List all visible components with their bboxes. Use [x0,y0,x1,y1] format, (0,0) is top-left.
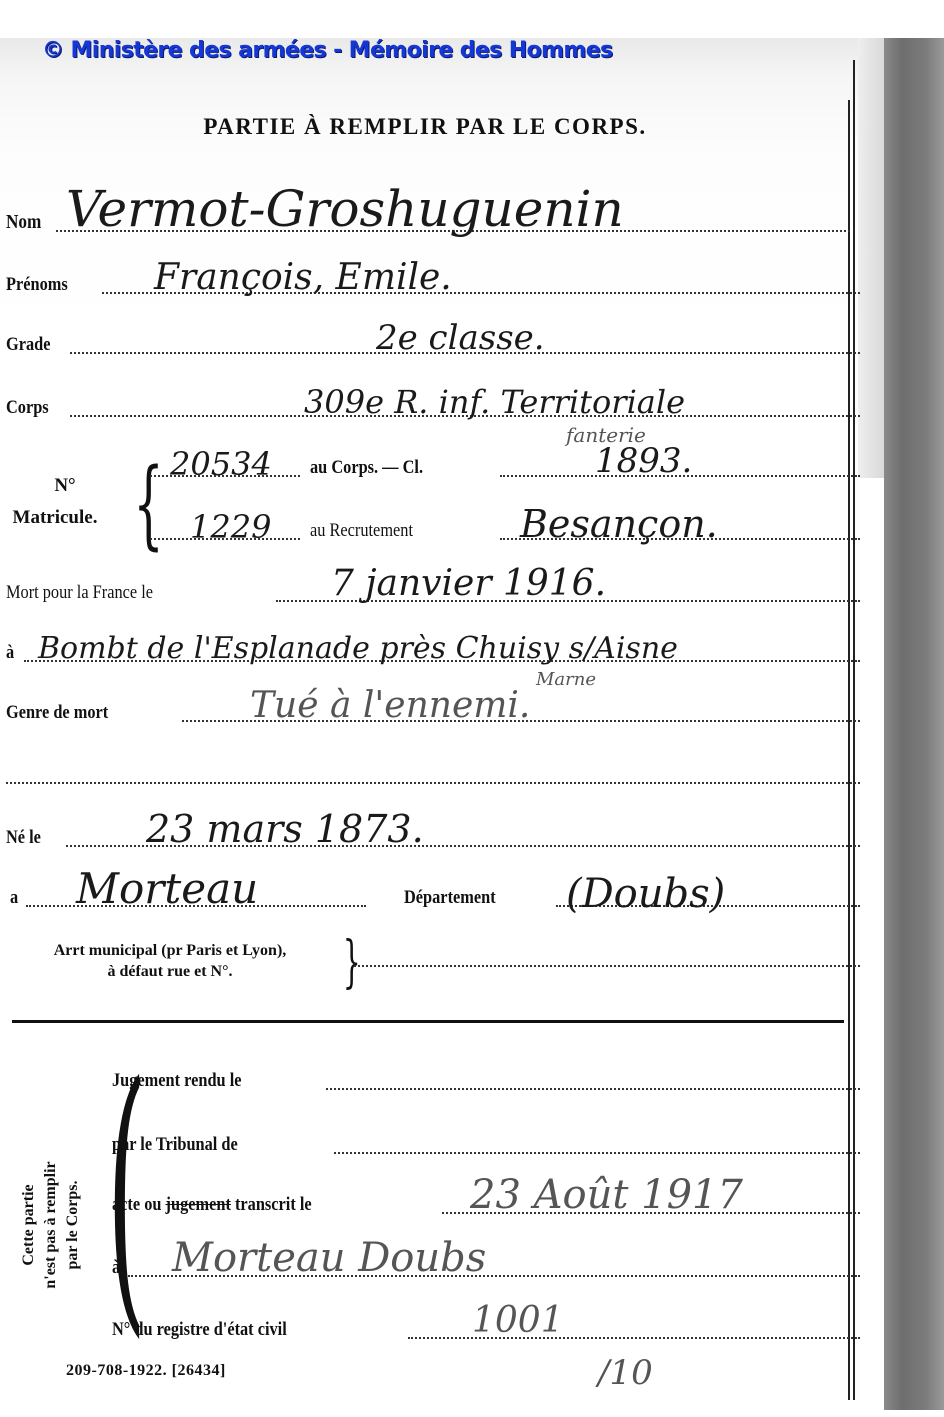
grade-label: Grade [6,334,50,356]
field-tribunal: par le Tribunal de [112,1122,860,1162]
field-genre-mort: Genre de mort Tué à l'ennemi. [6,690,860,730]
field-registre: N° du registre d'état civil 1001 /10 [112,1307,860,1347]
departement-label: Département [404,887,496,909]
field-corps: Corps 309e R. inf. Territoriale fanterie [6,385,860,425]
mort-a-insert: Marne [536,669,596,690]
transcrit-label-suffix: transcrit le [235,1194,312,1215]
field-mort-a: à Bombt de l'Esplanade près Chuisy s/Ais… [6,630,860,670]
jugement-rendu-label: Jugement rendu le [112,1070,242,1092]
field-ne-a: a Morteau Département (Doubs) [6,875,860,915]
side-note-line2: n'est pas à remplir [40,1100,62,1350]
genre-mort-label: Genre de mort [6,702,108,724]
form-print-code: 209-708-1922. [26434] [66,1362,226,1380]
side-note-line1: Cette partie [18,1100,40,1350]
field-nom: Nom Vermot-Groshuguenin [6,200,860,240]
ne-le-value: 23 mars 1873. [146,807,424,851]
arrondissement-label-line2: à défaut rue et N°. [10,961,330,982]
mort-le-value: 7 janvier 1916. [331,563,606,604]
matricule-recrutement-value: 1229 [190,508,271,546]
transcrit-value: 23 Août 1917 [470,1172,743,1218]
transcrit-label: acte ou jugement transcrit le [112,1194,312,1216]
matricule-corps-value: 20534 [170,445,272,483]
prenoms-value: François, Emile. [154,257,452,298]
grade-value: 2e classe. [376,318,545,358]
mort-le-label: Mort pour la France le [6,582,153,604]
genre-mort-value: Tué à l'ennemi. [250,685,530,726]
field-matricule-corps: 20534 au Corps. — Cl. 1893. [150,445,860,485]
field-prenoms: Prénoms François, Emile. [6,262,860,302]
transcrit-label-prefix: acte ou [112,1194,161,1215]
field-ne-le: Né le 23 mars 1873. [6,815,860,855]
recrutement-label: au Recrutement [310,520,413,542]
tribunal-label: par le Tribunal de [112,1134,238,1156]
ne-le-label: Né le [6,827,41,849]
arrondissement-label: Arrt municipal (pr Paris et Lyon), à déf… [10,940,330,982]
nom-label: Nom [6,211,41,234]
mort-a-value: Bombt de l'Esplanade près Chuisy s/Aisne [38,631,678,666]
tribunal-dotted-line [334,1152,860,1154]
nom-value: Vermot-Groshuguenin [66,180,624,238]
registre-value-suffix: /10 [598,1353,653,1393]
field-jugement-rendu: Jugement rendu le [112,1058,860,1098]
blank-line [6,752,860,792]
side-note: Cette partie n'est pas à remplir par le … [18,1100,84,1350]
field-grade: Grade 2e classe. [6,322,860,362]
registre-value: 1001 [472,1300,564,1341]
arrondissement-dotted-line [354,965,860,967]
ne-a-value: Morteau [76,864,258,913]
arrondissement-label-line1: Arrt municipal (pr Paris et Lyon), [10,940,330,961]
matricule-label-line2: Matricule. [10,502,100,534]
blank-dotted-line [6,782,860,784]
field-mort-le: Mort pour la France le 7 janvier 1916. [6,570,860,610]
transcrit-label-struck: jugement [166,1194,231,1215]
jugement-rendu-dotted-line [326,1088,860,1090]
matricule-label: N° Matricule. [30,470,100,534]
prenoms-label: Prénoms [6,274,68,296]
field-matricule-recrutement: 1229 au Recrutement Besançon. [150,508,860,548]
recrutement-lieu: Besançon. [520,502,718,546]
copyright-watermark: © Ministère des armées - Mémoire des Hom… [42,38,613,63]
corps-label: Corps [6,397,49,419]
form-title: PARTIE À REMPLIR PAR LE CORPS. [0,114,850,140]
section-divider [12,1020,844,1023]
side-note-line3: par le Corps. [62,1100,84,1350]
ne-a-label: a [10,887,18,909]
transcrit-a-value: Morteau Doubs [172,1235,486,1281]
field-transcrit: acte ou jugement transcrit le 23 Août 19… [112,1182,860,1222]
matricule-corps-label: au Corps. — Cl. [310,457,423,479]
field-transcrit-a: à Morteau Doubs [112,1245,860,1285]
registre-label: N° du registre d'état civil [112,1319,287,1341]
corps-value: 309e R. inf. Territoriale [304,383,685,421]
paper-edge-shadow [884,38,944,1410]
departement-value: (Doubs) [566,871,725,917]
paper-edge-light [858,38,884,478]
matricule-label-line1: N° [30,470,100,502]
transcrit-a-label: à [112,1257,120,1279]
classe-value: 1893. [595,441,692,481]
mort-a-label: à [6,642,14,664]
field-arrondissement [354,935,860,975]
